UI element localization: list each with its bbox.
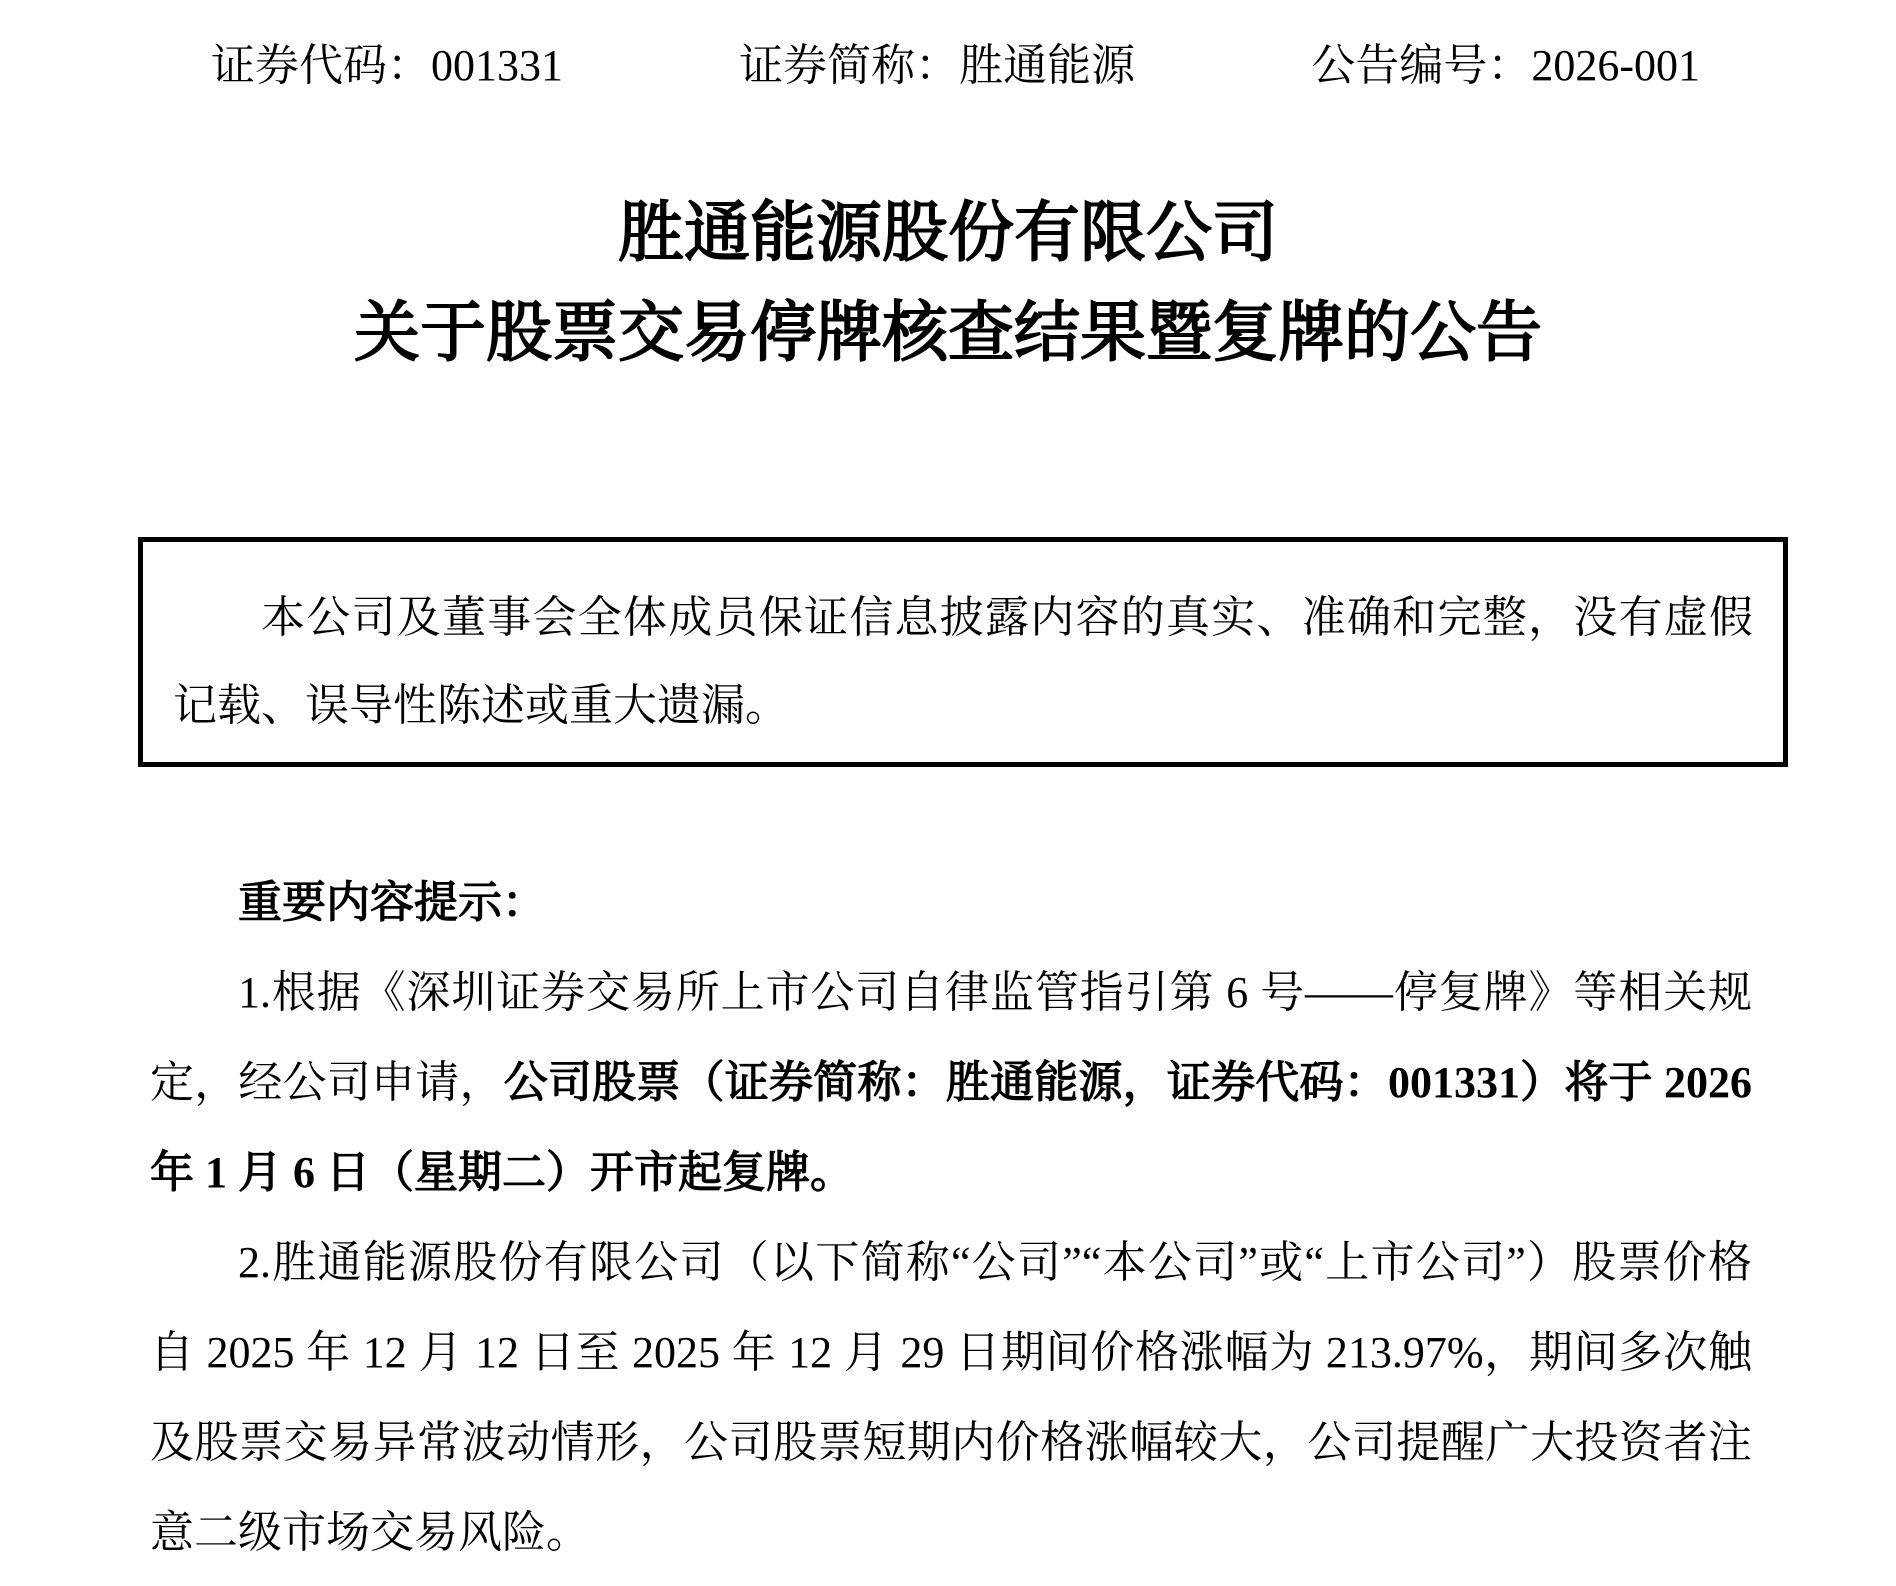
declaration-text: 本公司及董事会全体成员保证信息披露内容的真实、准确和完整，没有虚假记载、误导性陈…	[173, 574, 1753, 750]
stock-name-label: 证券简称：胜通能源	[739, 40, 1135, 92]
important-notice-heading: 重要内容提示：	[150, 858, 1752, 948]
announcement-subject-title: 关于股票交易停牌核查结果暨复牌的公告	[0, 294, 1896, 374]
company-name-title: 胜通能源股份有限公司	[0, 194, 1896, 274]
notice-item-1: 1.根据《深圳证券交易所上市公司自律监管指引第 6 号——停复牌》等相关规定，经…	[150, 948, 1752, 1218]
notice-item-2: 2.胜通能源股份有限公司（以下简称“公司”“本公司”或“上市公司”）股票价格自 …	[150, 1218, 1752, 1578]
doc-header: 证券代码：001331 证券简称：胜通能源 公告编号：2026-001	[211, 40, 1700, 92]
declaration-box: 本公司及董事会全体成员保证信息披露内容的真实、准确和完整，没有虚假记载、误导性陈…	[138, 537, 1788, 767]
important-notice-section: 重要内容提示： 1.根据《深圳证券交易所上市公司自律监管指引第 6 号——停复牌…	[150, 858, 1752, 1578]
stock-code-label: 证券代码：001331	[211, 40, 563, 92]
announcement-number-label: 公告编号：2026-001	[1311, 40, 1700, 92]
announcement-document: 证券代码：001331 证券简称：胜通能源 公告编号：2026-001 胜通能源…	[0, 0, 1896, 1586]
